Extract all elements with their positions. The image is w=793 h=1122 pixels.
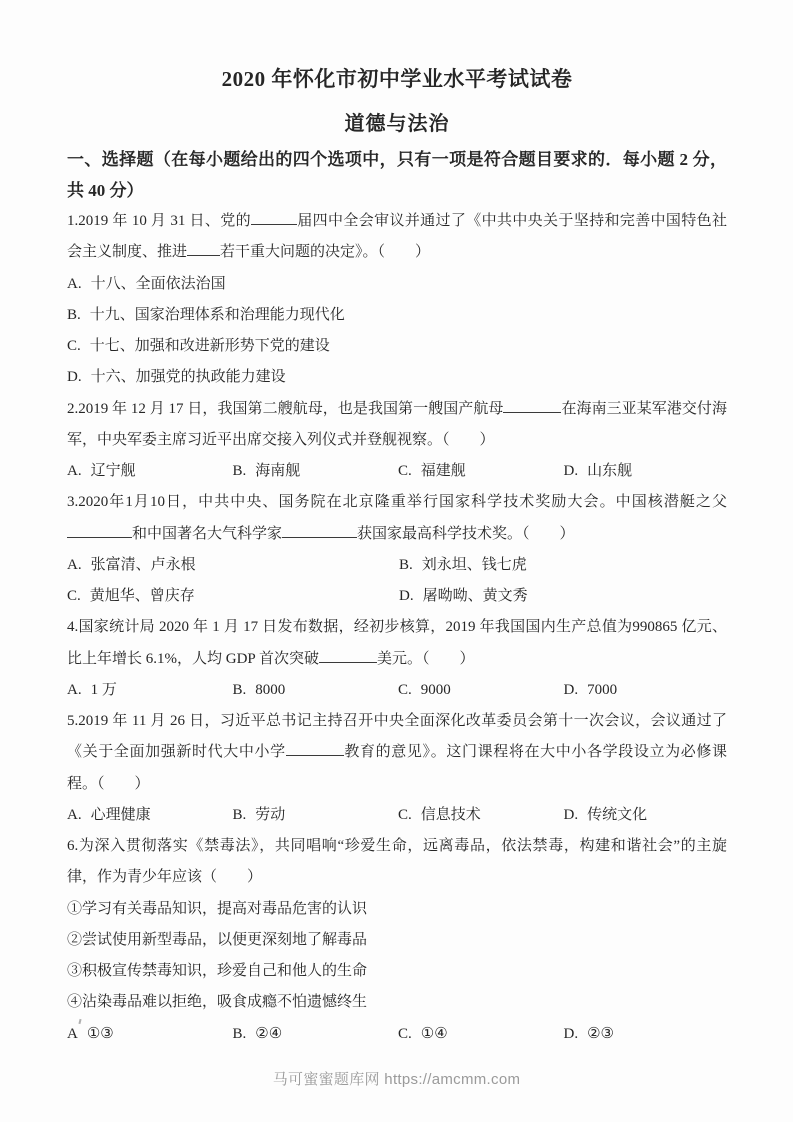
option-label: C. bbox=[398, 807, 412, 823]
option-label: D. bbox=[564, 807, 579, 823]
option-label: D. bbox=[564, 463, 579, 479]
question-subitem: ②尝试使用新型毒品，以便更深刻地了解毒品 bbox=[67, 925, 727, 956]
option-text: 十七、加强和改进新形势下党的建设 bbox=[90, 338, 330, 354]
option-text: ①④ bbox=[421, 1026, 448, 1042]
option-label: C. bbox=[67, 338, 81, 354]
option-text: 海南舰 bbox=[255, 463, 300, 479]
option-label: A. bbox=[67, 682, 82, 698]
options-row: C.黄旭华、曾庆存D.屠呦呦、黄文秀 bbox=[67, 581, 727, 612]
option-label: C. bbox=[67, 588, 81, 604]
option-label: C. bbox=[398, 1026, 412, 1042]
question-2: 2.2019 年 12 月 17 日，我国第二艘航母，也是我国第一艘国产航母在海… bbox=[67, 394, 727, 488]
question-subitem: ③积极宣传禁毒知识，珍爱自己和他人的生命 bbox=[67, 956, 727, 987]
option-label: B. bbox=[233, 463, 247, 479]
option-d: D.屠呦呦、黄文秀 bbox=[399, 581, 528, 612]
option-label: C. bbox=[398, 682, 412, 698]
option-d: D.十六、加强党的执政能力建设 bbox=[67, 362, 727, 393]
question-number: 2. bbox=[67, 401, 78, 417]
option-text: ②④ bbox=[255, 1026, 282, 1042]
exam-page: 2020 年怀化市初中学业水平考试试卷 道德与法治 一、选择题（在每小题给出的四… bbox=[0, 0, 793, 1122]
question-stem: 6.为深入贯彻落实《禁毒法》，共同唱响“珍爱生命，远离毒品，依法禁毒，构建和谐社… bbox=[67, 831, 727, 894]
option-text: 7000 bbox=[587, 682, 617, 698]
answer-blank bbox=[251, 211, 297, 225]
option-b: B.十九、国家治理体系和治理能力现代化 bbox=[67, 300, 727, 331]
option-text: 8000 bbox=[255, 682, 285, 698]
question-5: 5.2019 年 11 月 26 日，习近平总书记主持召开中央全面深化改革委员会… bbox=[67, 706, 727, 831]
options-row: A.1 万B.8000C.9000D.7000 bbox=[67, 675, 727, 706]
option-label: A. bbox=[67, 557, 82, 573]
option-label: B. bbox=[67, 307, 81, 323]
option-text: 黄旭华、曾庆存 bbox=[90, 588, 195, 604]
question-number: 5. bbox=[67, 713, 78, 729]
option-text: 福建舰 bbox=[421, 463, 466, 479]
question-4: 4.国家统计局 2020 年 1 月 17 日发布数据，经初步核算，2019 年… bbox=[67, 612, 727, 706]
question-stem: 3.2020年1月10日，中共中央、国务院在北京隆重举行国家科学技术奖励大会。中… bbox=[67, 487, 727, 550]
option-d: D.7000 bbox=[564, 675, 618, 706]
option-d: D.②③ bbox=[564, 1019, 615, 1050]
option-label: A. bbox=[67, 807, 82, 823]
question-6: 6.为深入贯彻落实《禁毒法》，共同唱响“珍爱生命，远离毒品，依法禁毒，构建和谐社… bbox=[67, 831, 727, 1050]
option-label: C. bbox=[398, 463, 412, 479]
option-label: A. bbox=[67, 463, 82, 479]
option-text: 屠呦呦、黄文秀 bbox=[423, 588, 528, 604]
answer-blank bbox=[187, 242, 220, 256]
option-text: 刘永坦、钱七虎 bbox=[422, 557, 527, 573]
answer-blank bbox=[286, 742, 344, 756]
option-b: B.海南舰 bbox=[233, 456, 399, 487]
option-text: 1 万 bbox=[91, 682, 117, 698]
option-b: B.8000 bbox=[233, 675, 399, 706]
option-text: ①③ bbox=[87, 1026, 114, 1042]
answer-blank bbox=[319, 649, 377, 663]
options-row: A.心理健康B.劳动C.信息技术D.传统文化 bbox=[67, 800, 727, 831]
option-c: C.9000 bbox=[398, 675, 564, 706]
option-a: A①③ bbox=[67, 1019, 233, 1050]
option-c: C.十七、加强和改进新形势下党的建设 bbox=[67, 331, 727, 362]
question-stem: 5.2019 年 11 月 26 日，习近平总书记主持召开中央全面深化改革委员会… bbox=[67, 706, 727, 800]
option-text: 心理健康 bbox=[91, 807, 151, 823]
option-d: D.传统文化 bbox=[564, 800, 648, 831]
option-label: B. bbox=[233, 1026, 247, 1042]
option-a: A.张富清、卢永根 bbox=[67, 550, 399, 581]
page-content: 2020 年怀化市初中学业水平考试试卷 道德与法治 一、选择题（在每小题给出的四… bbox=[0, 0, 793, 1050]
question-stem: 2.2019 年 12 月 17 日，我国第二艘航母，也是我国第一艘国产航母在海… bbox=[67, 394, 727, 457]
question-3: 3.2020年1月10日，中共中央、国务院在北京隆重举行国家科学技术奖励大会。中… bbox=[67, 487, 727, 612]
option-text: 信息技术 bbox=[421, 807, 481, 823]
option-label: B. bbox=[233, 807, 247, 823]
option-b: B.劳动 bbox=[233, 800, 399, 831]
section-heading: 一、选择题（在每小题给出的四个选项中，只有一项是符合题目要求的．每小题 2 分，… bbox=[67, 144, 727, 206]
option-c: C.信息技术 bbox=[398, 800, 564, 831]
option-text: 9000 bbox=[421, 682, 451, 698]
question-number: 6. bbox=[67, 838, 78, 854]
option-text: 辽宁舰 bbox=[91, 463, 136, 479]
answer-blank bbox=[282, 524, 357, 538]
option-text: 十九、国家治理体系和治理能力现代化 bbox=[90, 307, 345, 323]
watermark-footer: 马可蜜蜜题库网 https://amcmm.com bbox=[0, 1070, 793, 1090]
option-text: 劳动 bbox=[255, 807, 285, 823]
options-row: A①③B.②④C.①④D.②③ bbox=[67, 1019, 727, 1050]
option-label: D. bbox=[399, 588, 414, 604]
question-1: 1.2019 年 10 月 31 日、党的届四中全会审议并通过了《中共中央关于坚… bbox=[67, 206, 727, 394]
option-c: C.福建舰 bbox=[398, 456, 564, 487]
question-number: 3. bbox=[67, 494, 78, 510]
option-a: A.辽宁舰 bbox=[67, 456, 233, 487]
option-c: C.①④ bbox=[398, 1019, 564, 1050]
question-subitem: ①学习有关毒品知识，提高对毒品危害的认识 bbox=[67, 894, 727, 925]
option-b: B.刘永坦、钱七虎 bbox=[399, 550, 527, 581]
option-a: A.1 万 bbox=[67, 675, 233, 706]
option-text: ②③ bbox=[587, 1026, 614, 1042]
option-a: A.心理健康 bbox=[67, 800, 233, 831]
option-label: D. bbox=[564, 1026, 579, 1042]
option-label: B. bbox=[233, 682, 247, 698]
option-text: 山东舰 bbox=[587, 463, 632, 479]
option-label: D. bbox=[67, 369, 82, 385]
exam-title: 2020 年怀化市初中学业水平考试试卷 bbox=[67, 0, 727, 95]
question-subitem: ④沾染毒品难以拒绝，吸食成瘾不怕遗憾终生 bbox=[67, 987, 727, 1018]
option-text: 十八、全面依法治国 bbox=[91, 276, 226, 292]
option-label: B. bbox=[399, 557, 413, 573]
option-label: A bbox=[67, 1026, 78, 1042]
question-list: 1.2019 年 10 月 31 日、党的届四中全会审议并通过了《中共中央关于坚… bbox=[67, 206, 727, 1050]
option-label: A. bbox=[67, 276, 82, 292]
option-a: A.十八、全面依法治国 bbox=[67, 269, 727, 300]
exam-subtitle: 道德与法治 bbox=[67, 109, 727, 139]
answer-blank bbox=[503, 399, 561, 413]
option-text: 十六、加强党的执政能力建设 bbox=[91, 369, 286, 385]
question-number: 1. bbox=[67, 213, 78, 229]
option-label: D. bbox=[564, 682, 579, 698]
option-d: D.山东舰 bbox=[564, 456, 633, 487]
option-b: B.②④ bbox=[233, 1019, 399, 1050]
question-number: 4. bbox=[67, 619, 78, 635]
options-row: A.辽宁舰B.海南舰C.福建舰D.山东舰 bbox=[67, 456, 727, 487]
option-text: 传统文化 bbox=[587, 807, 647, 823]
options-row: A.张富清、卢永根B.刘永坦、钱七虎 bbox=[67, 550, 727, 581]
question-stem: 4.国家统计局 2020 年 1 月 17 日发布数据，经初步核算，2019 年… bbox=[67, 612, 727, 675]
answer-blank bbox=[67, 524, 132, 538]
option-text: 张富清、卢永根 bbox=[91, 557, 196, 573]
question-stem: 1.2019 年 10 月 31 日、党的届四中全会审议并通过了《中共中央关于坚… bbox=[67, 206, 727, 269]
option-c: C.黄旭华、曾庆存 bbox=[67, 581, 399, 612]
